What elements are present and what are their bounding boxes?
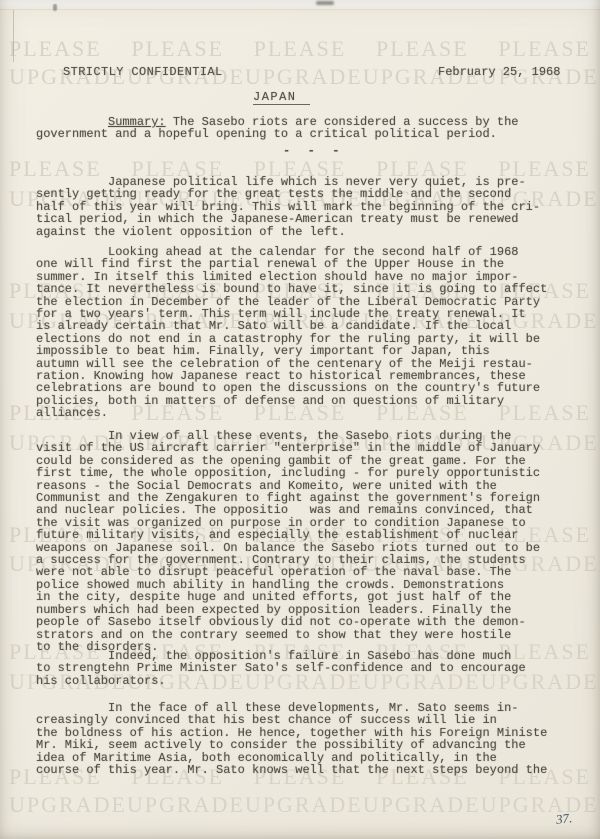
paragraph-2: Looking ahead at the calendar for the se… [36, 246, 547, 420]
page-number: 37. [555, 810, 573, 828]
paragraph-4: Indeed, the opposition's failure in Sase… [36, 650, 526, 687]
page-title-text: JAPAN [253, 90, 310, 105]
date-label: February 25, 1968 [438, 66, 560, 78]
scanned-document-page: PLEASEPLEASEPLEASEPLEASEPLEASEUPGRADEUPG… [0, 0, 600, 839]
scan-artifact [53, 4, 57, 11]
summary-paragraph: Summary: The Sasebo riots are considered… [36, 116, 518, 141]
document-body: STRICTLY CONFIDENTIAL February 25, 1968 … [0, 0, 600, 839]
section-separator: - - - [283, 145, 340, 157]
classification-label: STRICTLY CONFIDENTIAL [63, 66, 223, 78]
scan-top-edge [0, 0, 600, 10]
paragraph-3: In view of all these events, the Sasebo … [36, 430, 540, 653]
paragraph-5: In the face of all these developments, M… [36, 702, 547, 776]
page-title: JAPAN [253, 91, 310, 103]
scan-artifact [316, 1, 334, 5]
paragraph-1: Japanese political life which is never v… [36, 176, 540, 238]
